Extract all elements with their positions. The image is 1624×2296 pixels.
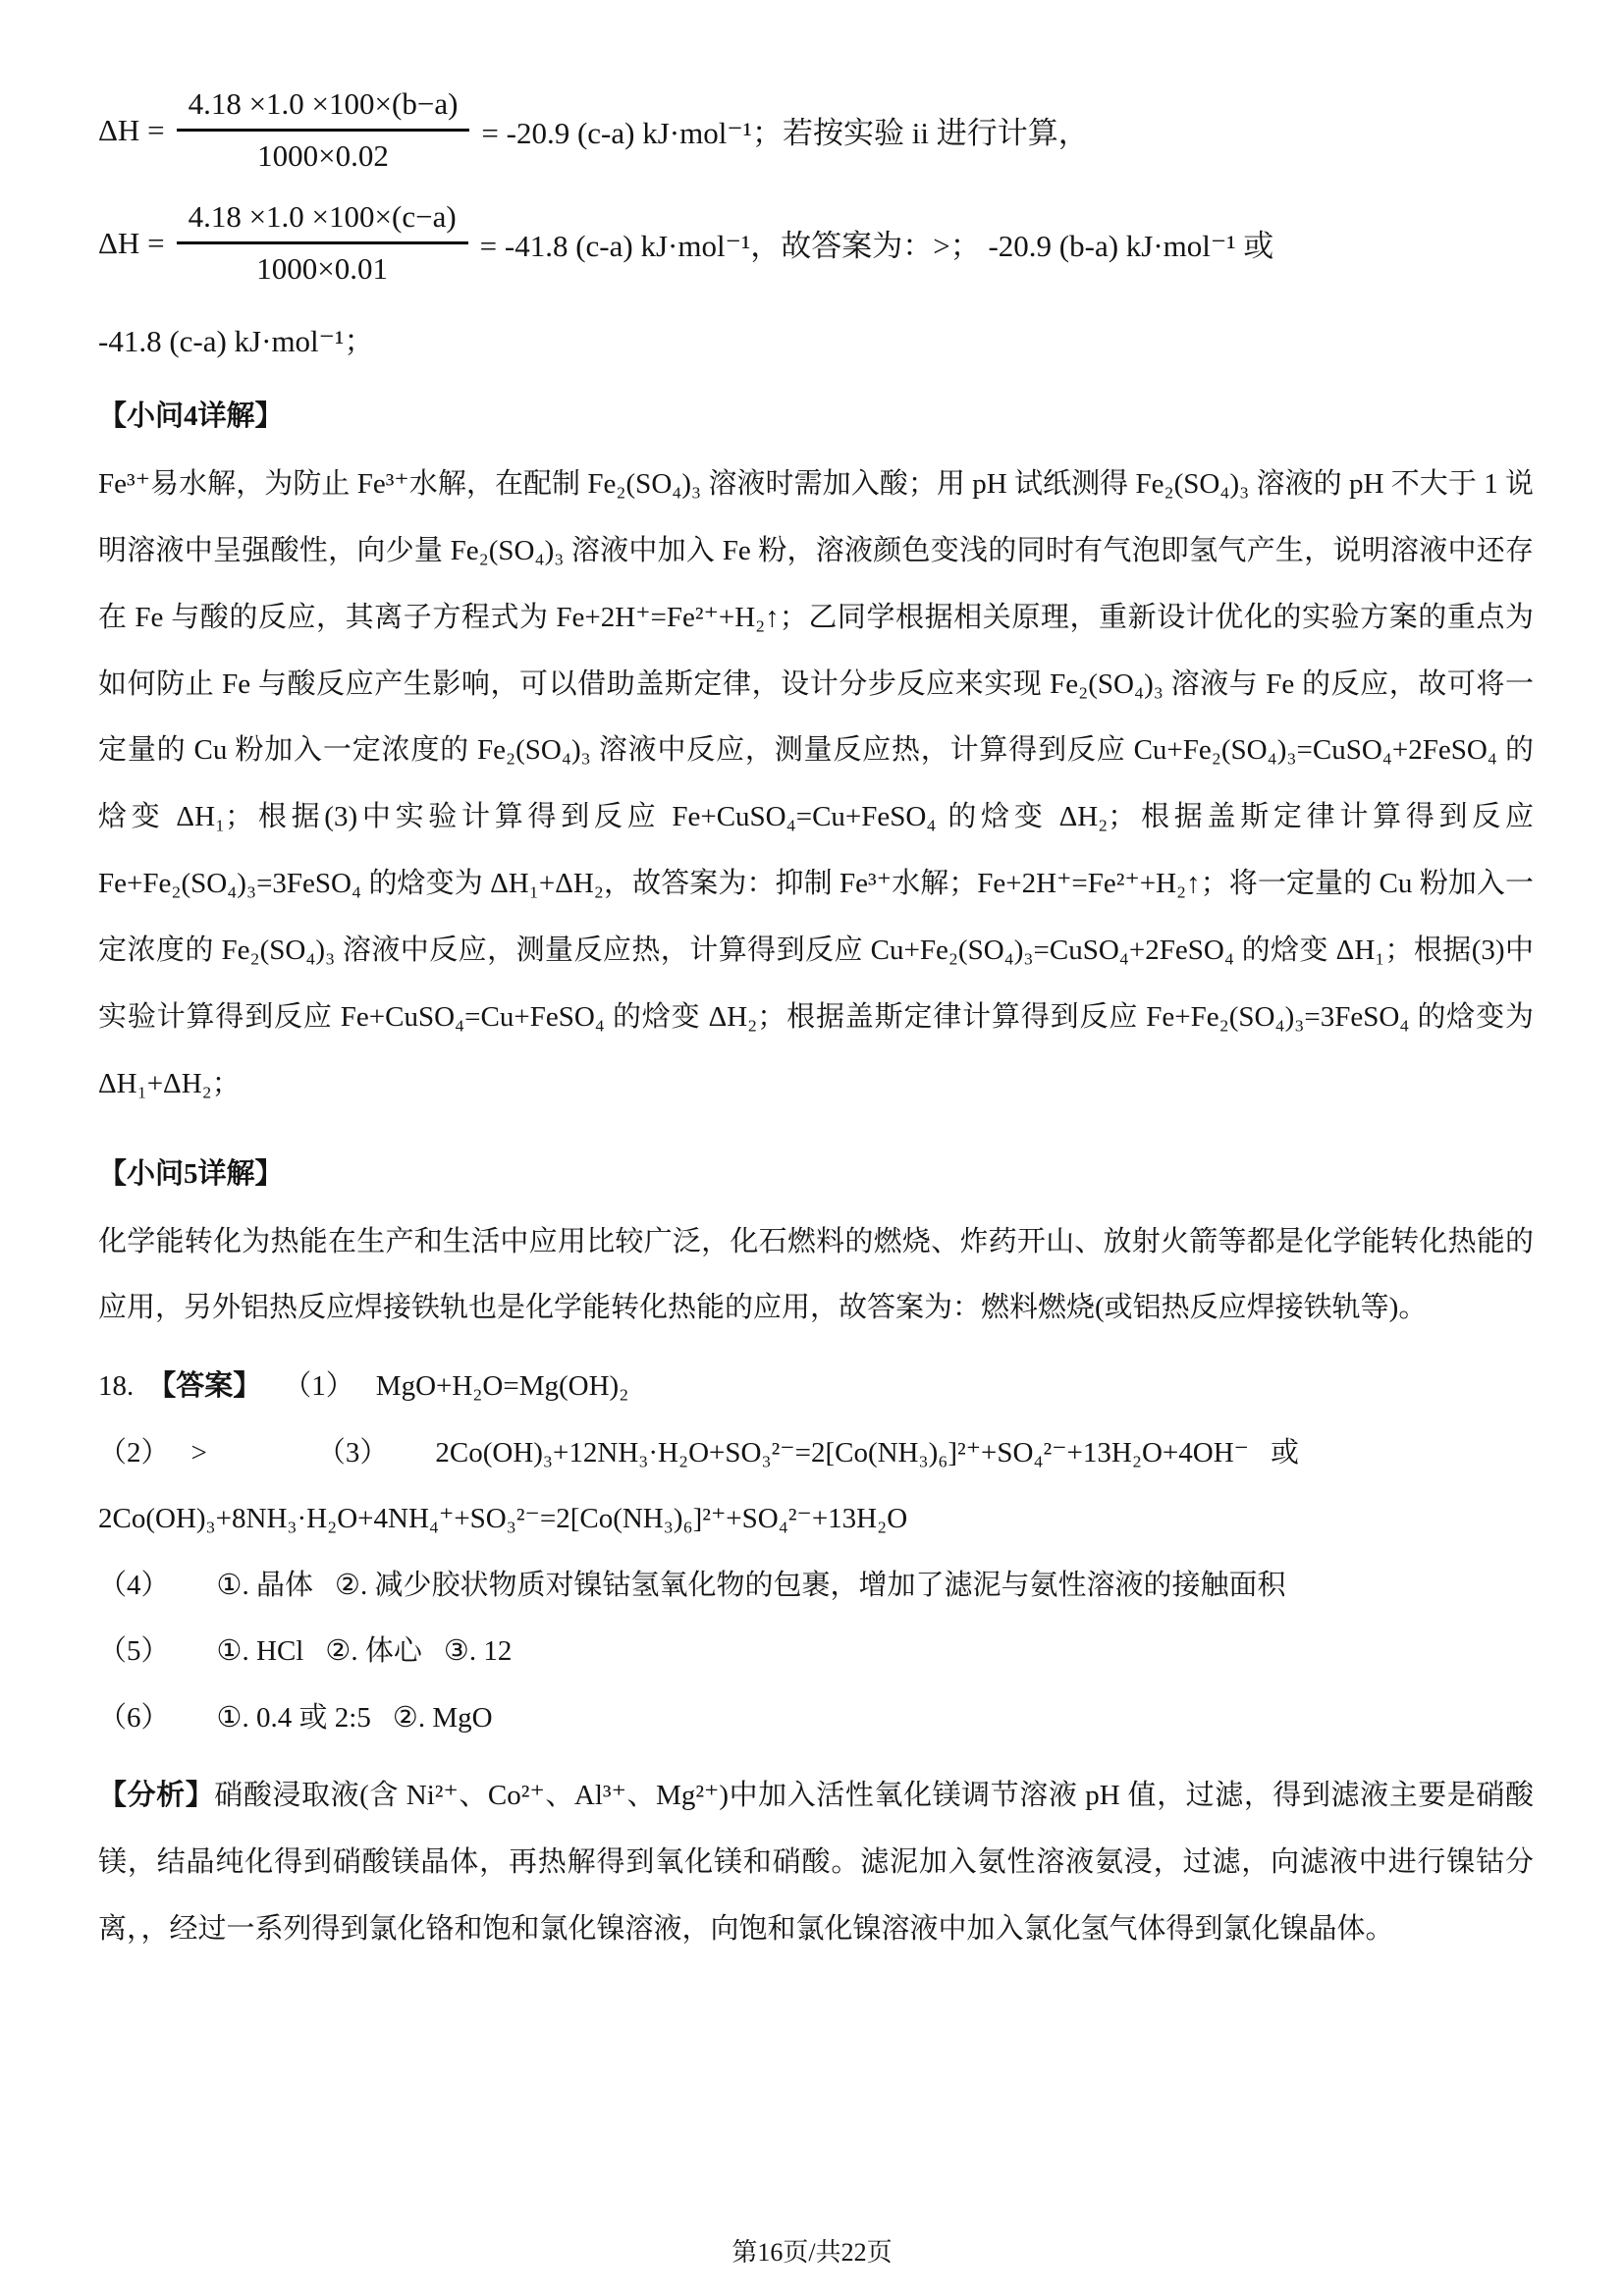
q18-number: 18. bbox=[98, 1365, 134, 1409]
q18-part2-label: （2） bbox=[98, 1432, 170, 1475]
equation-2-result: = -41.8 (c-a) kJ·mol⁻¹，故答案为：>； -20.9 (b-… bbox=[480, 221, 1274, 265]
q18-part3-equation: 2Co(OH)₃+12NH₃·H₂O+SO₃²⁻=2[Co(NH₃)₆]²⁺+S… bbox=[435, 1432, 1249, 1475]
q18-answer-line-1: 18. 【答案】 （1） MgO+H₂O=Mg(OH)₂ bbox=[98, 1365, 1534, 1409]
q18-part5-item2: ②. 体心 bbox=[325, 1630, 422, 1674]
q18-answer-line-2: （2） > （3） 2Co(OH)₃+12NH₃·H₂O+SO₃²⁻=2[Co(… bbox=[98, 1432, 1534, 1475]
q18-part4-item1: ①. 晶体 bbox=[217, 1565, 314, 1608]
q18-answer-line-5: （5） ①. HCl ②. 体心 ③. 12 bbox=[98, 1630, 1534, 1674]
q18-part3-or: 或 bbox=[1271, 1432, 1299, 1475]
section-heading-q5: 【小问5详解】 bbox=[98, 1151, 1534, 1192]
paragraph-q5-explanation: 化学能转化为热能在生产和生活中应用比较广泛，化石燃料的燃烧、炸药开山、放射火箭等… bbox=[98, 1209, 1534, 1343]
q18-part5-label: （5） bbox=[98, 1630, 170, 1674]
equation-2-numerator: 4.18 ×1.0 ×100×(c−a) bbox=[177, 199, 468, 241]
q18-part6-item1: ①. 0.4 或 2:5 bbox=[217, 1697, 371, 1740]
q18-part5-item1: ①. HCl bbox=[217, 1630, 304, 1674]
equation-1-result: = -20.9 (c-a) kJ·mol⁻¹；若按实验 ii 进行计算， bbox=[481, 108, 1088, 152]
page-footer: 第16页/共22页 bbox=[0, 2232, 1624, 2269]
q18-answer-line-3: 2Co(OH)₃+8NH₃·H₂O+4NH₄⁺+SO₃²⁻=2[Co(NH₃)₆… bbox=[98, 1498, 1534, 1541]
q18-answer-label: 【答案】 bbox=[147, 1365, 261, 1409]
q18-part1-label: （1） bbox=[283, 1365, 354, 1409]
equation-1-fraction: 4.18 ×1.0 ×100×(b−a) 1000×0.02 bbox=[177, 86, 470, 174]
q18-part6-item2: ②. MgO bbox=[393, 1697, 493, 1740]
analysis-label: 【分析】 bbox=[98, 1780, 214, 1811]
q18-part4-label: （4） bbox=[98, 1565, 170, 1608]
q18-part5-item3: ③. 12 bbox=[444, 1630, 513, 1674]
equation-2-continuation: -41.8 (c-a) kJ·mol⁻¹； bbox=[98, 316, 1534, 360]
equation-1-lhs: ΔH = bbox=[98, 113, 165, 148]
q18-part1-equation: MgO+H₂O=Mg(OH)₂ bbox=[376, 1365, 629, 1409]
q18-answer-line-4: （4） ①. 晶体 ②. 减少胶状物质对镍钴氢氧化物的包裹，增加了滤泥与氨性溶液… bbox=[98, 1565, 1534, 1608]
equation-delta-h-2: ΔH = 4.18 ×1.0 ×100×(c−a) 1000×0.01 = -4… bbox=[98, 199, 1534, 287]
section-heading-q4: 【小问4详解】 bbox=[98, 394, 1534, 434]
q18-part4-item2: ②. 减少胶状物质对镍钴氢氧化物的包裹，增加了滤泥与氨性溶液的接触面积 bbox=[335, 1565, 1286, 1608]
equation-delta-h-1: ΔH = 4.18 ×1.0 ×100×(b−a) 1000×0.02 = -2… bbox=[98, 86, 1534, 174]
equation-1-denominator: 1000×0.02 bbox=[177, 129, 470, 174]
paragraph-q4-explanation: Fe³⁺易水解，为防止 Fe³⁺水解，在配制 Fe₂(SO₄)₃ 溶液时需加入酸… bbox=[98, 452, 1534, 1118]
q18-answer-line-6: （6） ①. 0.4 或 2:5 ②. MgO bbox=[98, 1697, 1534, 1740]
equation-2-lhs: ΔH = bbox=[98, 226, 165, 261]
equation-1-numerator: 4.18 ×1.0 ×100×(b−a) bbox=[177, 86, 470, 129]
q18-part3-alt-equation: 2Co(OH)₃+8NH₃·H₂O+4NH₄⁺+SO₃²⁻=2[Co(NH₃)₆… bbox=[98, 1498, 907, 1541]
q18-part3-label: （3） bbox=[317, 1432, 389, 1475]
equation-2-denominator: 1000×0.01 bbox=[177, 241, 468, 287]
document-page: ΔH = 4.18 ×1.0 ×100×(b−a) 1000×0.02 = -2… bbox=[0, 0, 1624, 2296]
q18-part6-label: （6） bbox=[98, 1697, 170, 1740]
analysis-body: 硝酸浸取液(含 Ni²⁺、Co²⁺、Al³⁺、Mg²⁺)中加入活性氧化镁调节溶液… bbox=[98, 1780, 1534, 1945]
q18-part2-value: > bbox=[191, 1432, 207, 1475]
equation-2-fraction: 4.18 ×1.0 ×100×(c−a) 1000×0.01 bbox=[177, 199, 468, 287]
paragraph-analysis: 【分析】硝酸浸取液(含 Ni²⁺、Co²⁺、Al³⁺、Mg²⁺)中加入活性氧化镁… bbox=[98, 1763, 1534, 1963]
